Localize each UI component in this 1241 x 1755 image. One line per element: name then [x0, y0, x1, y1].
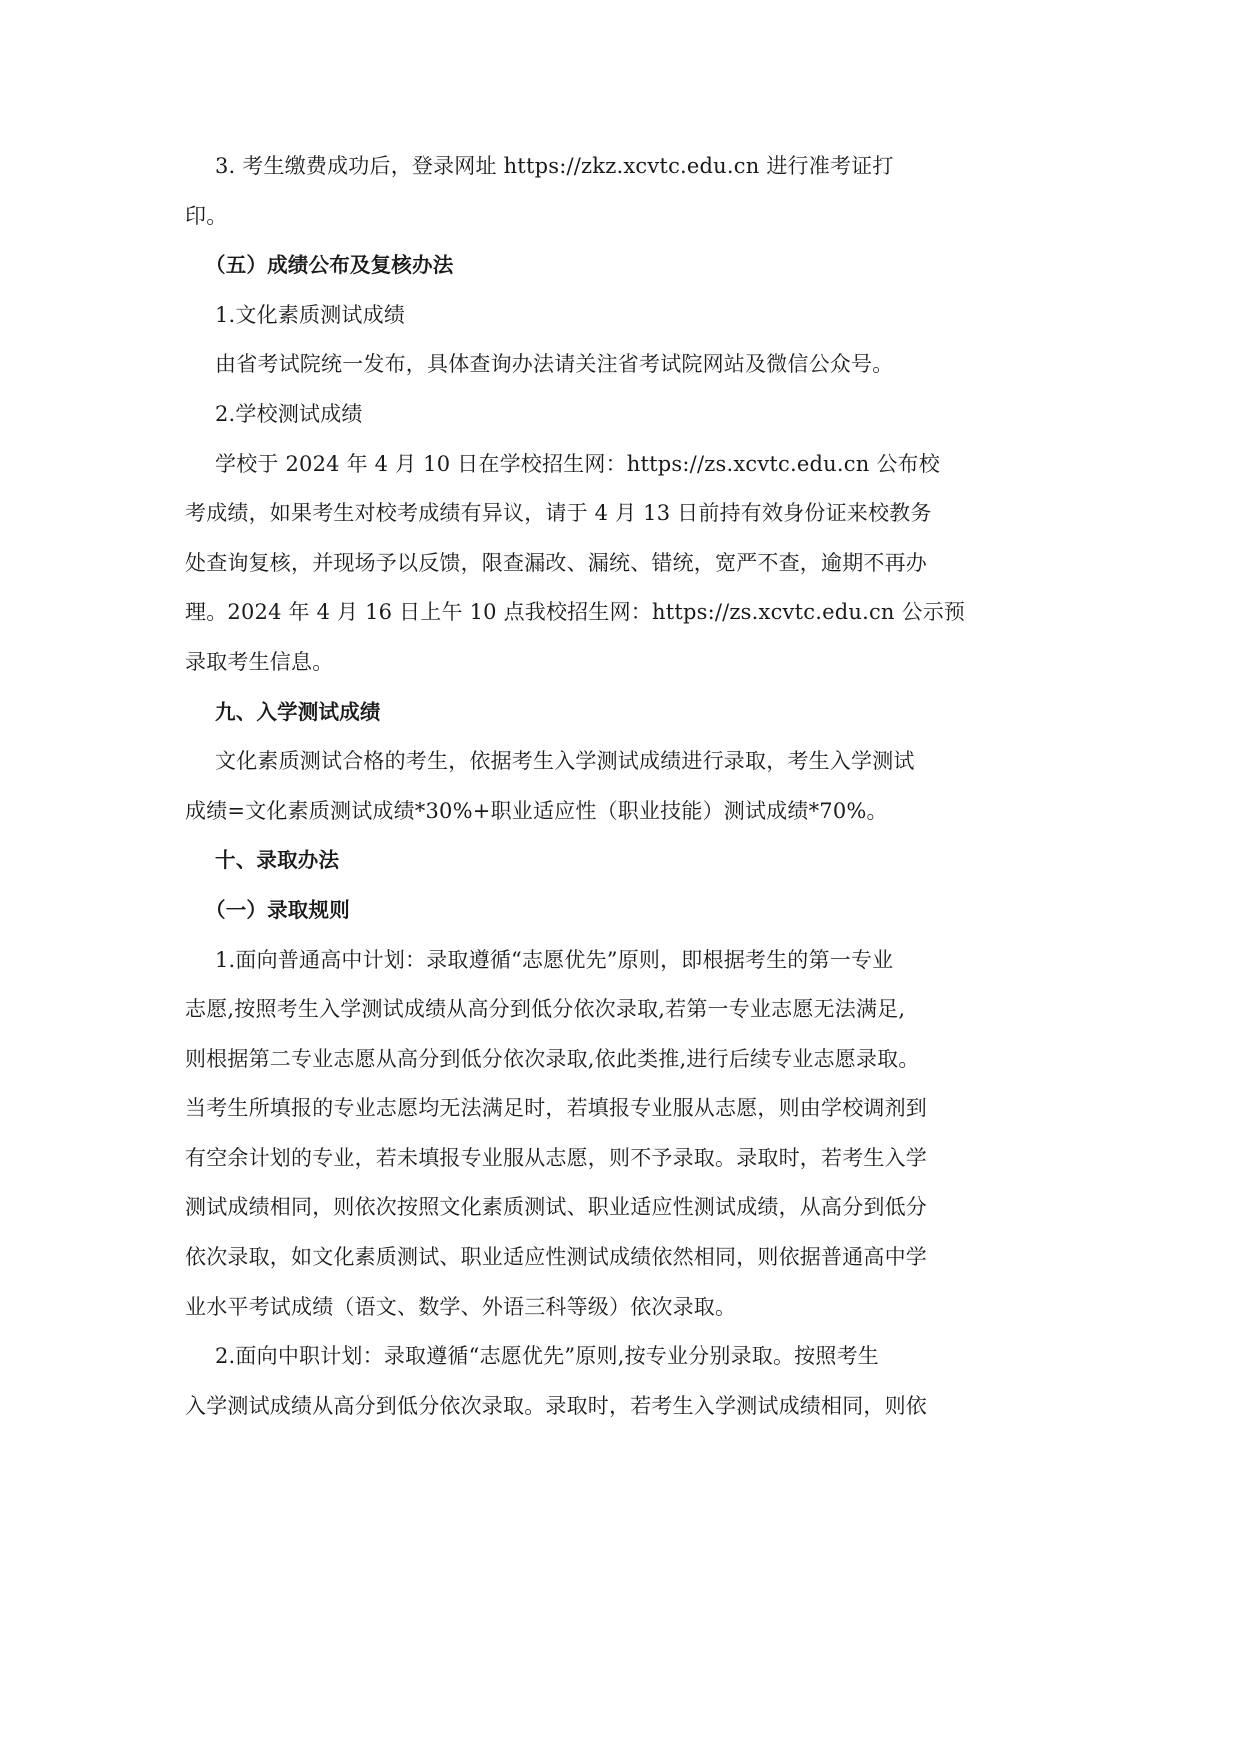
- paragraph-school-score-line-2: 考成绩，如果考生对校考成绩有异议，请于 4 月 13 日前持有效身份证来校教务: [185, 495, 1059, 545]
- paragraph-school-score-line-1: 学校于 2024 年 4 月 10 日在学校招生网：https://zs.xcv…: [185, 446, 1059, 496]
- paragraph-rule-highschool-line-5: 有空余计划的专业，若未填报专业服从志愿，则不予录取。录取时，若考生入学: [185, 1140, 1059, 1190]
- paragraph-rule-highschool-line-7: 依次录取，如文化素质测试、职业适应性测试成绩依然相同，则依据普通高中学: [185, 1239, 1059, 1289]
- paragraph-rule-vocational-line-2: 入学测试成绩从高分到低分依次录取。录取时，若考生入学测试成绩相同，则依: [185, 1388, 1059, 1438]
- paragraph-print-step3-line-1: 3. 考生缴费成功后，登录网址 https://zkz.xcvtc.edu.cn…: [185, 148, 1059, 198]
- paragraph-rule-vocational-line-1: 2.面向中职计划：录取遵循“志愿优先”原则,按专业分别录取。按照考生: [185, 1338, 1059, 1388]
- subheading-admission-rules: （一）录取规则: [185, 892, 1059, 942]
- paragraph-print-step3-line-2: 印。: [185, 198, 1059, 248]
- paragraph-school-score-line-3: 处查询复核，并现场予以反馈，限查漏改、漏统、错统，宽严不查，逾期不再办: [185, 545, 1059, 595]
- paragraph-culture-score-line-1: 由省考试院统一发布，具体查询办法请关注省考试院网站及微信公众号。: [185, 346, 1059, 396]
- paragraph-rule-highschool-line-2: 志愿,按照考生入学测试成绩从高分到低分依次录取,若第一专业志愿无法满足,: [185, 991, 1059, 1041]
- paragraph-rule-highschool-line-4: 当考生所填报的专业志愿均无法满足时，若填报专业服从志愿，则由学校调剂到: [185, 1090, 1059, 1140]
- heading-entrance-test-score: 九、入学测试成绩: [185, 694, 1059, 744]
- document-page: 3. 考生缴费成功后，登录网址 https://zkz.xcvtc.edu.cn…: [185, 148, 1059, 1437]
- paragraph-school-score-line-5: 录取考生信息。: [185, 644, 1059, 694]
- paragraph-rule-highschool-line-1: 1.面向普通高中计划：录取遵循“志愿优先”原则，即根据考生的第一专业: [185, 942, 1059, 992]
- paragraph-rule-highschool-line-8: 业水平考试成绩（语文、数学、外语三科等级）依次录取。: [185, 1289, 1059, 1339]
- paragraph-rule-highschool-line-3: 则根据第二专业志愿从高分到低分依次录取,依此类推,进行后续专业志愿录取。: [185, 1041, 1059, 1091]
- item-title-culture-score: 1.文化素质测试成绩: [185, 297, 1059, 347]
- heading-admission-method: 十、录取办法: [185, 842, 1059, 892]
- paragraph-entrance-score-line-1: 文化素质测试合格的考生，依据考生入学测试成绩进行录取，考生入学测试: [185, 743, 1059, 793]
- subheading-score-publication: （五）成绩公布及复核办法: [185, 247, 1059, 297]
- paragraph-rule-highschool-line-6: 测试成绩相同，则依次按照文化素质测试、职业适应性测试成绩，从高分到低分: [185, 1189, 1059, 1239]
- paragraph-school-score-line-4: 理。2024 年 4 月 16 日上午 10 点我校招生网：https://zs…: [185, 594, 1059, 644]
- item-title-school-score: 2.学校测试成绩: [185, 396, 1059, 446]
- paragraph-entrance-score-line-2: 成绩=文化素质测试成绩*30%+职业适应性（职业技能）测试成绩*70%。: [185, 793, 1059, 843]
